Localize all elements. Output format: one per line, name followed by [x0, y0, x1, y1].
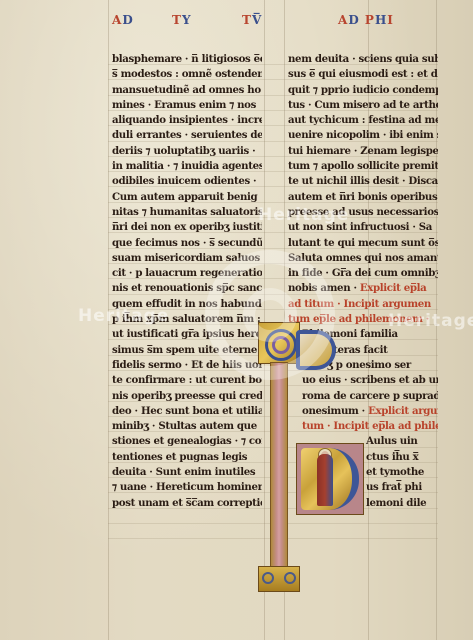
saint-figure: [317, 454, 333, 506]
text-line: blasphemare · n̅ litigiosos e̅e: [112, 52, 262, 67]
historiated-initial: [296, 443, 364, 515]
rubric-text: Explicit ep̅la: [360, 282, 427, 294]
text-line: tui hiemare · Zenam legisperi: [288, 144, 438, 159]
running-head-part: AD PHI: [338, 13, 394, 27]
initial-stem: [270, 362, 288, 572]
text-line: deuita · Sunt enim inutiles: [112, 465, 262, 480]
text-line: que fecimus nos · s̅ secundũ: [112, 236, 262, 251]
watermark-text: Heritage: [388, 311, 473, 331]
line-text: roma de carcere p supradicti: [302, 390, 438, 402]
rubric-line: tum · Incipit ep̅la ad philem̃ ·: [288, 419, 438, 434]
line-text: uenire nicopolim · ibi enim sta: [288, 129, 438, 141]
line-text: te ut nichil illis desit · Discant: [288, 175, 438, 187]
watermark-logo-icon: [205, 250, 335, 380]
line-text: lemoni dile: [366, 497, 426, 509]
text-line: ⁊ uane · Hereticum hominem: [112, 480, 262, 495]
text-line: uo eius · scribens et ab urbe: [288, 373, 438, 388]
text-line: tus · Cum misero ad te arthemã: [288, 98, 438, 113]
text-line: sus e̅ qui eiusmodi est : et delin: [288, 67, 438, 82]
initial-foot: [258, 566, 300, 592]
line-text: quit ⁊ pprio iudicio condempna: [288, 84, 438, 96]
rubric-text: Explicit argumẽ: [368, 405, 438, 417]
line-text: tus · Cum misero ad te arthemã: [288, 99, 438, 111]
line-text: aut tychicum : festina ad me: [288, 114, 438, 126]
running-head-part: TV̅: [242, 13, 262, 27]
line-text: onesimum ·: [302, 405, 365, 417]
text-line: te confirmare : ut curent bo: [112, 373, 262, 388]
line-text: sus e̅ qui eiusmodi est : et delin: [288, 68, 438, 80]
text-line: aliquando insipientes · incre: [112, 113, 262, 128]
line-text: uo eius · scribens et ab urbe: [302, 374, 438, 386]
running-head-part: TY: [172, 13, 192, 27]
running-head-part: AD: [112, 13, 134, 27]
line-text: lutant te qui mecum sunt o̅s ·: [288, 237, 438, 249]
text-line: minibʒ · Stultas autem que: [112, 419, 262, 434]
text-line: post unam et s̅c̅am correptio: [112, 496, 262, 511]
text-line: deriis ⁊ uoluptatibʒ uariis ·: [112, 144, 262, 159]
line-text: Aulus uin: [366, 435, 417, 447]
text-line: nis operibʒ preesse qui credunt: [112, 389, 262, 404]
text-line: stiones et genealogias · ⁊ con: [112, 434, 262, 449]
watermark-text: Heritage: [258, 205, 349, 225]
text-line: n̅ri dei non ex operibʒ iustitie: [112, 220, 262, 235]
text-line: mines · Eramus enim ⁊ nos: [112, 98, 262, 113]
text-line: s̅ modestos : omnẽ ostendentes: [112, 67, 262, 82]
text-line: autem et n̅ri bonis operibus: [288, 190, 438, 205]
text-line: te ut nichil illis desit · Discant: [288, 174, 438, 189]
text-line: uenire nicopolim · ibi enim sta: [288, 128, 438, 143]
text-line: roma de carcere p supradicti: [288, 389, 438, 404]
text-line: odibiles inuicem odientes ·: [112, 174, 262, 189]
watermark-text: Heritage: [78, 306, 169, 326]
text-line: tentiones et pugnas legis: [112, 450, 262, 465]
line-text: tui hiemare · Zenam legisperi: [288, 145, 438, 157]
text-line: aut tychicum : festina ad me: [288, 113, 438, 128]
text-line: onesimum · Explicit argumẽ: [288, 404, 438, 419]
line-text: ctus ih̅u x̅: [366, 451, 418, 463]
text-line: deo · Hec sunt bona et utilia ho: [112, 404, 262, 419]
line-text: us frat̅ phi: [366, 481, 422, 493]
text-line: Cum autem apparuit benig: [112, 190, 262, 205]
text-line: mansuetudinẽ ad omnes ho: [112, 83, 262, 98]
line-text: tum ⁊ apollo sollicite premit: [288, 160, 438, 172]
text-line: lutant te qui mecum sunt o̅s ·: [288, 236, 438, 251]
manuscript-page: AD TY TV̅ AD PHI blasphemare · n̅ litigi…: [0, 0, 473, 640]
text-line: nem deuita · sciens quia subuer: [288, 52, 438, 67]
running-head: AD TY TV̅ AD PHI: [0, 13, 473, 33]
text-line: tum ⁊ apollo sollicite premit: [288, 159, 438, 174]
line-text: tum · Incipit ep̅la ad philem̃ ·: [302, 420, 438, 432]
line-text: nem deuita · sciens quia subuer: [288, 53, 438, 65]
line-text: et tymothe: [366, 466, 424, 478]
text-line: in malitia · ⁊ inuidia agentes ·: [112, 159, 262, 174]
text-line: nitas ⁊ humanitas saluatoris: [112, 205, 262, 220]
line-text: autem et n̅ri bonis operibus: [288, 191, 437, 203]
text-line: quit ⁊ pprio iudicio condempna: [288, 83, 438, 98]
line-text: Saluta omnes qui nos amant: [288, 252, 438, 264]
text-line: duli errantes · seruientes desi: [112, 128, 262, 143]
